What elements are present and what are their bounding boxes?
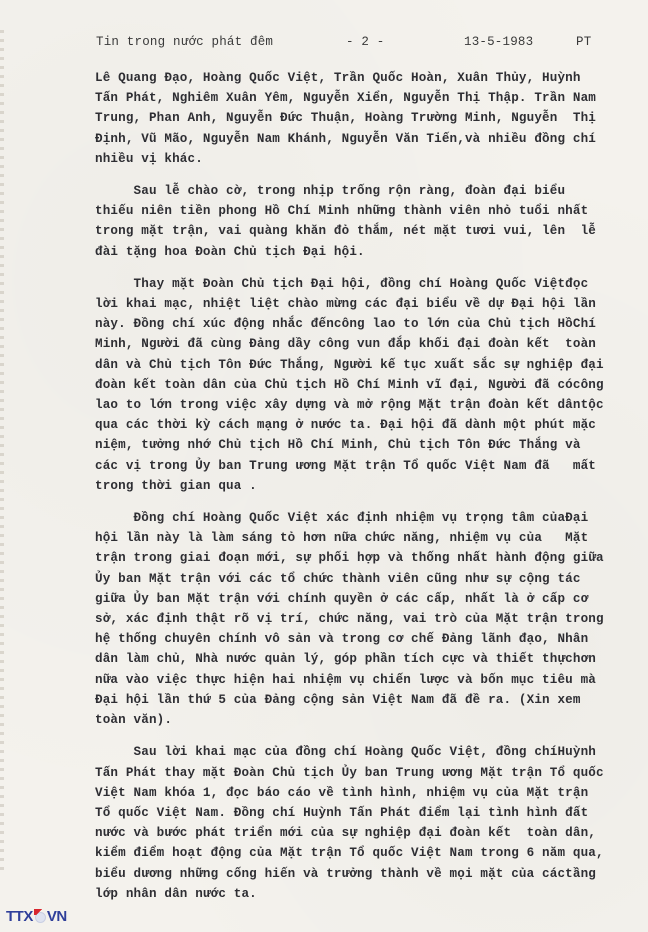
- text-line: biểu dương những cống hiến và trưởng thà…: [95, 864, 615, 884]
- text-line: Ủy ban Mặt trận với các tổ chức thành vi…: [95, 569, 615, 589]
- text-line: Thay mặt Đoàn Chủ tịch Đại hội, đồng chí…: [95, 274, 615, 294]
- text-line: nữa vào việc thực hiện hai nhiệm vụ chiế…: [95, 670, 615, 690]
- text-line: Việt Nam khóa 1, đọc báo cáo về tình hìn…: [95, 783, 615, 803]
- text-line: hội lần này là làm sáng tỏ hơn nữa chức …: [95, 528, 615, 548]
- text-line: này. Đồng chí xúc động nhắc đếncông lao …: [95, 314, 615, 334]
- paragraph-opening-speech: Thay mặt Đoàn Chủ tịch Đại hội, đồng chí…: [95, 274, 615, 496]
- text-line: nhiều vị khác.: [95, 149, 615, 169]
- ttxvn-watermark-logo: TTX VN: [6, 908, 67, 924]
- text-line: thiếu niên tiền phong Hồ Chí Minh những …: [95, 201, 615, 221]
- header-title: Tin trong nước phát đêm: [96, 35, 273, 49]
- paragraph-attendees: Lê Quang Đạo, Hoàng Quốc Việt, Trần Quốc…: [95, 68, 615, 169]
- text-line: giữa Ủy ban Mặt trận với chính quyền ở c…: [95, 589, 615, 609]
- header-code: PT: [576, 35, 591, 49]
- text-line: nước và bước phát triển mới của sự nghiệ…: [95, 823, 615, 843]
- text-line: Định, Vũ Mão, Nguyễn Nam Khánh, Nguyễn V…: [95, 129, 615, 149]
- text-line: đài tặng hoa Đoàn Chủ tịch Đại hội.: [95, 242, 615, 262]
- text-line: qua các thời kỳ cách mạng ở nước ta. Đại…: [95, 415, 615, 435]
- text-line: hệ thống chuyên chính vô sản và trong cơ…: [95, 629, 615, 649]
- text-line: Tấn Phát thay mặt Đoàn Chủ tịch Ủy ban T…: [95, 763, 615, 783]
- text-line: lời khai mạc, nhiệt liệt chào mừng các đ…: [95, 294, 615, 314]
- scanned-document-page: Tin trong nước phát đêm - 2 - 13-5-1983 …: [0, 0, 648, 932]
- text-line: Đồng chí Hoàng Quốc Việt xác định nhiệm …: [95, 508, 615, 528]
- text-line: trận trong giai đoạn mới, sự phối hợp và…: [95, 548, 615, 568]
- text-line: Sau lễ chào cờ, trong nhịp trống rộn ràn…: [95, 181, 615, 201]
- text-line: Đại hội lần thứ 5 của Đảng cộng sản Việt…: [95, 690, 615, 710]
- text-line: dân làm chủ, Nhà nước quản lý, góp phần …: [95, 649, 615, 669]
- text-line: lao to lớn trong việc xây dựng và mở rộn…: [95, 395, 615, 415]
- text-line: đoàn kết toàn dân của Chủ tịch Hồ Chí Mi…: [95, 375, 615, 395]
- text-line: Minh, Người đã cùng Đảng dầy công vun đắ…: [95, 334, 615, 354]
- text-line: lớp nhân dân nước ta.: [95, 884, 615, 904]
- logo-text-right: VN: [47, 908, 67, 925]
- text-line: toàn văn).: [95, 710, 615, 730]
- paragraph-flag-ceremony: Sau lễ chào cờ, trong nhịp trống rộn ràn…: [95, 181, 615, 262]
- document-header: Tin trong nước phát đêm - 2 - 13-5-1983 …: [96, 35, 596, 51]
- text-line: trong mặt trận, vai quàng khăn đỏ thắm, …: [95, 221, 615, 241]
- text-line: kiểm điểm hoạt động của Mặt trận Tổ quốc…: [95, 843, 615, 863]
- logo-text-left: TTX: [6, 908, 33, 925]
- text-line: trong thời gian qua .: [95, 476, 615, 496]
- text-line: Sau lời khai mạc của đồng chí Hoàng Quốc…: [95, 742, 615, 762]
- paragraph-key-tasks: Đồng chí Hoàng Quốc Việt xác định nhiệm …: [95, 508, 615, 730]
- document-body: Lê Quang Đạo, Hoàng Quốc Việt, Trần Quốc…: [95, 68, 615, 904]
- text-line: Tổ quốc Việt Nam. Đồng chí Huỳnh Tấn Phá…: [95, 803, 615, 823]
- text-line: các vị trong Ủy ban Trung ương Mặt trận …: [95, 456, 615, 476]
- header-page-number: - 2 -: [346, 35, 385, 49]
- ttxvn-logo-icon: [34, 909, 46, 923]
- text-line: sở, xác định thật rõ vị trí, chức năng, …: [95, 609, 615, 629]
- text-line: Lê Quang Đạo, Hoàng Quốc Việt, Trần Quốc…: [95, 68, 615, 88]
- paragraph-report: Sau lời khai mạc của đồng chí Hoàng Quốc…: [95, 742, 615, 904]
- text-line: niệm, tưởng nhớ Chủ tịch Hồ Chí Minh, Ch…: [95, 435, 615, 455]
- scan-edge-artifact: [0, 30, 4, 870]
- text-line: dân và Chủ tịch Tôn Đức Thắng, Người kế …: [95, 355, 615, 375]
- header-date: 13-5-1983: [464, 35, 533, 49]
- text-line: Trung, Phan Anh, Nguyễn Đức Thuận, Hoàng…: [95, 108, 615, 128]
- text-line: Tấn Phát, Nghiêm Xuân Yêm, Nguyễn Xiển, …: [95, 88, 615, 108]
